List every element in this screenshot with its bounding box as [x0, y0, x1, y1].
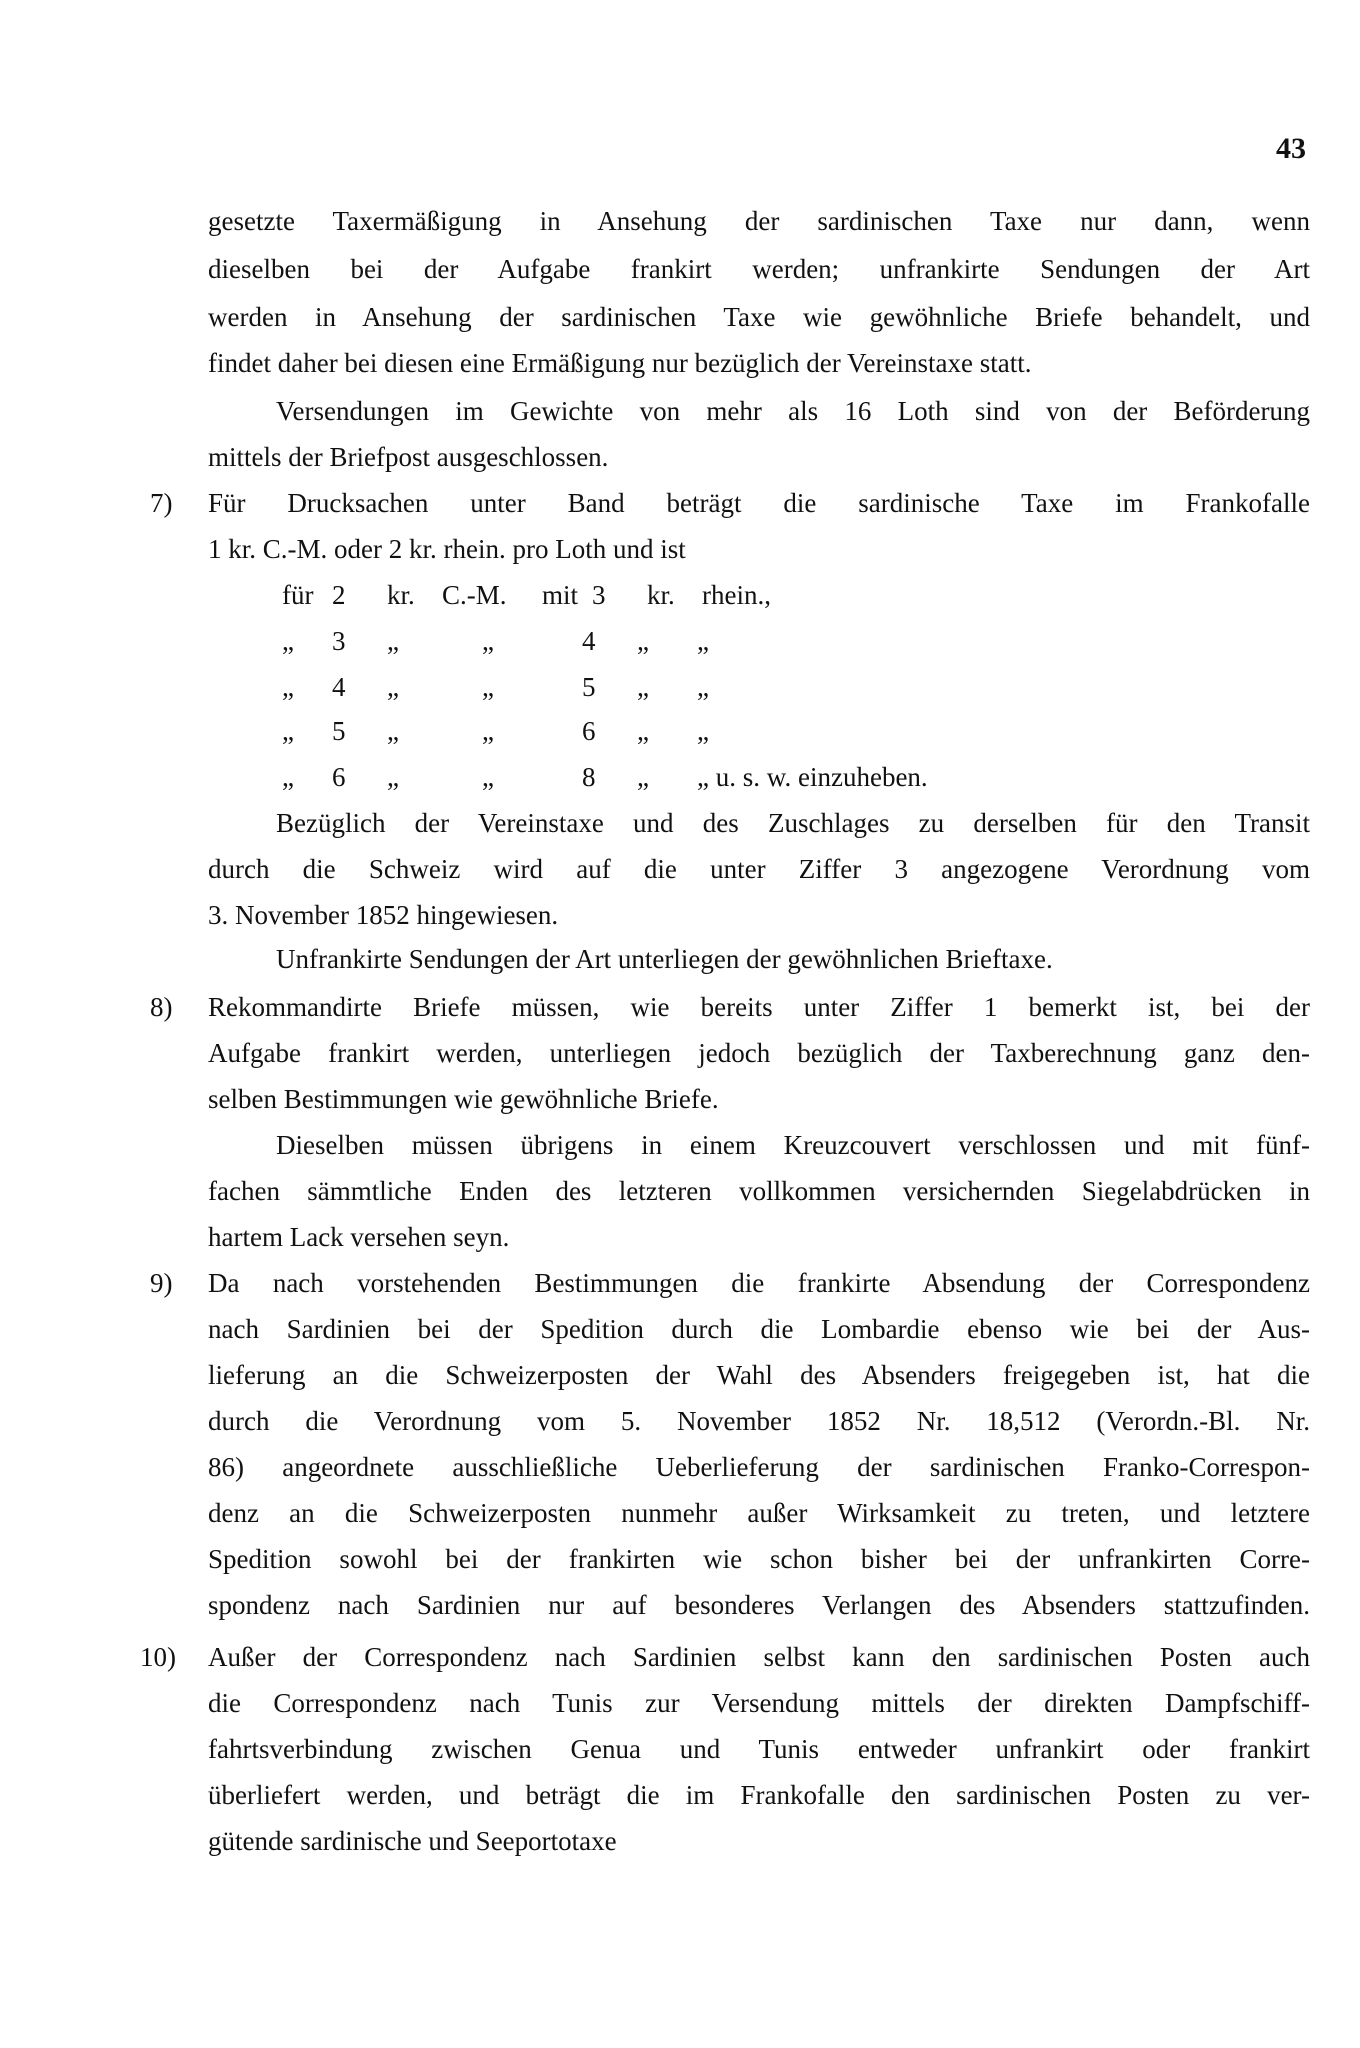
text-line: Versendungen im Gewichte von mehr als 16…: [276, 394, 1310, 428]
text-line: Rekommandirte Briefe müssen, wie bereits…: [208, 990, 1310, 1024]
text-line: Bezüglich der Vereinstaxe und des Zuschl…: [276, 806, 1310, 840]
text-line: Unfrankirte Sendungen der Art unterliege…: [276, 942, 1310, 976]
rate-row: „3„„4„„: [282, 624, 709, 658]
text-line: dieselben bei der Aufgabe frankirt werde…: [208, 252, 1310, 286]
text-line: 3. November 1852 hingewiesen.: [208, 898, 1310, 932]
text-line: die Correspondenz nach Tunis zur Versend…: [208, 1686, 1310, 1720]
text-line: selben Bestimmungen wie gewöhnliche Brie…: [208, 1082, 1310, 1116]
item-number: 10): [140, 1640, 176, 1674]
text-line: fachen sämmtliche Enden des letzteren vo…: [208, 1174, 1310, 1208]
text-line: Spedition sowohl bei der frankirten wie …: [208, 1542, 1310, 1576]
text-line: Für Drucksachen unter Band beträgt die s…: [208, 486, 1310, 520]
text-line: hartem Lack versehen seyn.: [208, 1220, 1310, 1254]
text-line: Aufgabe frankirt werden, unterliegen jed…: [208, 1036, 1310, 1070]
text-line: gütende sardinische und Seeportotaxe: [208, 1824, 1310, 1858]
rate-row: für2kr.C.-M.mit3kr.rhein.,: [282, 578, 771, 612]
text-line: überliefert werden, und beträgt die im F…: [208, 1778, 1310, 1812]
text-line: nach Sardinien bei der Spedition durch d…: [208, 1312, 1310, 1346]
text-line: gesetzte Taxermäßigung in Ansehung der s…: [208, 204, 1310, 238]
text-line: fahrtsverbindung zwischen Genua und Tuni…: [208, 1732, 1310, 1766]
rate-row: „4„„5„„: [282, 670, 709, 704]
text-line: Da nach vorstehenden Bestimmungen die fr…: [208, 1266, 1310, 1300]
text-line: spondenz nach Sardinien nur auf besonder…: [208, 1588, 1310, 1622]
page-number: 43: [1276, 132, 1306, 166]
rate-row: „6„„8„„ u. s. w. einzuheben.: [282, 760, 928, 794]
text-line: lieferung an die Schweizerposten der Wah…: [208, 1358, 1310, 1392]
text-line: Außer der Correspondenz nach Sardinien s…: [208, 1640, 1310, 1674]
text-line: Dieselben müssen übrigens in einem Kreuz…: [276, 1128, 1310, 1162]
text-line: findet daher bei diesen eine Ermäßigung …: [208, 346, 1310, 380]
item-number: 8): [150, 990, 173, 1024]
text-line: denz an die Schweizerposten nunmehr auße…: [208, 1496, 1310, 1530]
item-number: 9): [150, 1266, 173, 1300]
text-line: durch die Schweiz wird auf die unter Zif…: [208, 852, 1310, 886]
text-line: durch die Verordnung vom 5. November 185…: [208, 1404, 1310, 1438]
text-line: werden in Ansehung der sardinischen Taxe…: [208, 300, 1310, 334]
text-line: 1 kr. C.-M. oder 2 kr. rhein. pro Loth u…: [208, 532, 1310, 566]
item-number: 7): [150, 486, 173, 520]
text-line: mittels der Briefpost ausgeschlossen.: [208, 440, 1310, 474]
text-line: 86) angeordnete ausschließliche Ueberlie…: [208, 1450, 1310, 1484]
rate-row: „5„„6„„: [282, 714, 709, 748]
